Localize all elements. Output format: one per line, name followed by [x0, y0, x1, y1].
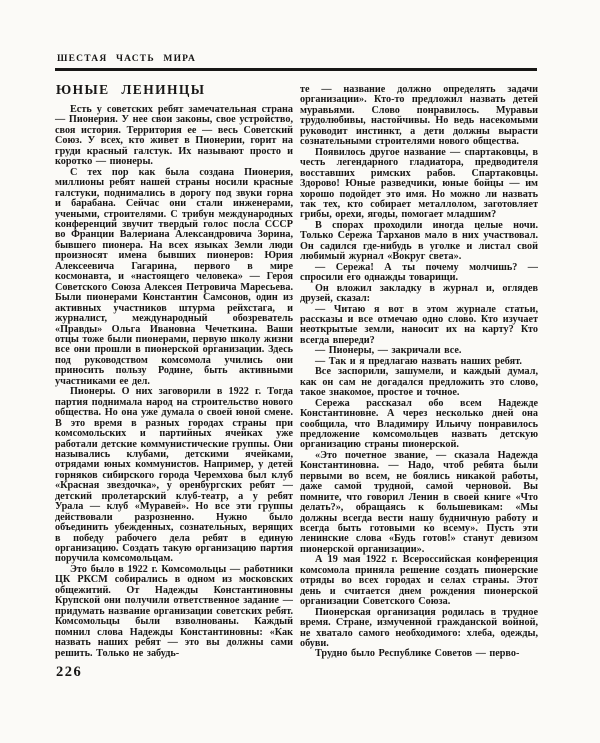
paragraph: те — название должно определять задачи о… [300, 85, 538, 148]
paragraph: Пионеры. О них заговорили в 1922 г. Тогд… [55, 387, 293, 565]
paragraph: Все заспорили, зашумели, и каждый думал,… [300, 367, 538, 398]
right-column: те — название должно определять задачи о… [300, 85, 538, 660]
paragraph: Пионерская организация родилась в трудно… [300, 608, 538, 650]
paragraph: Сережа рассказал обо всем Надежде Конста… [300, 399, 538, 451]
paragraph: Есть у советских ребят замечательная стр… [55, 105, 293, 168]
paragraph: «Это почетное звание, — сказала Надежда … [300, 451, 538, 556]
running-head: ШЕСТАЯ ЧАСТЬ МИРА [57, 54, 196, 64]
paragraph: — Читаю я вот в этом журнале статьи, рас… [300, 305, 538, 347]
paragraph: В спорах проходили иногда целые ночи. То… [300, 221, 538, 263]
paragraph: А 19 мая 1922 г. Всероссийская конференц… [300, 555, 538, 607]
paragraph: — Сережа! А ты почему молчишь? — спросил… [300, 263, 538, 284]
paragraph: Он вложил закладку в журнал и, оглядев д… [300, 284, 538, 305]
header-rule [55, 68, 537, 71]
page-number: 226 [56, 664, 82, 681]
book-page: ШЕСТАЯ ЧАСТЬ МИРА ЮНЫЕ ЛЕНИНЦЫ Есть у со… [0, 0, 600, 743]
paragraph: Это было в 1922 г. Комсомольцы — работни… [55, 565, 293, 659]
section-title: ЮНЫЕ ЛЕНИНЦЫ [56, 82, 205, 98]
paragraph: Трудно было Республике Советов — перво- [300, 649, 538, 659]
paragraph: С тех пор как была создана Пионерия, мил… [55, 168, 293, 388]
paragraph: Появилось другое название — спартаковцы,… [300, 148, 538, 221]
left-column: Есть у советских ребят замечательная стр… [55, 105, 293, 659]
